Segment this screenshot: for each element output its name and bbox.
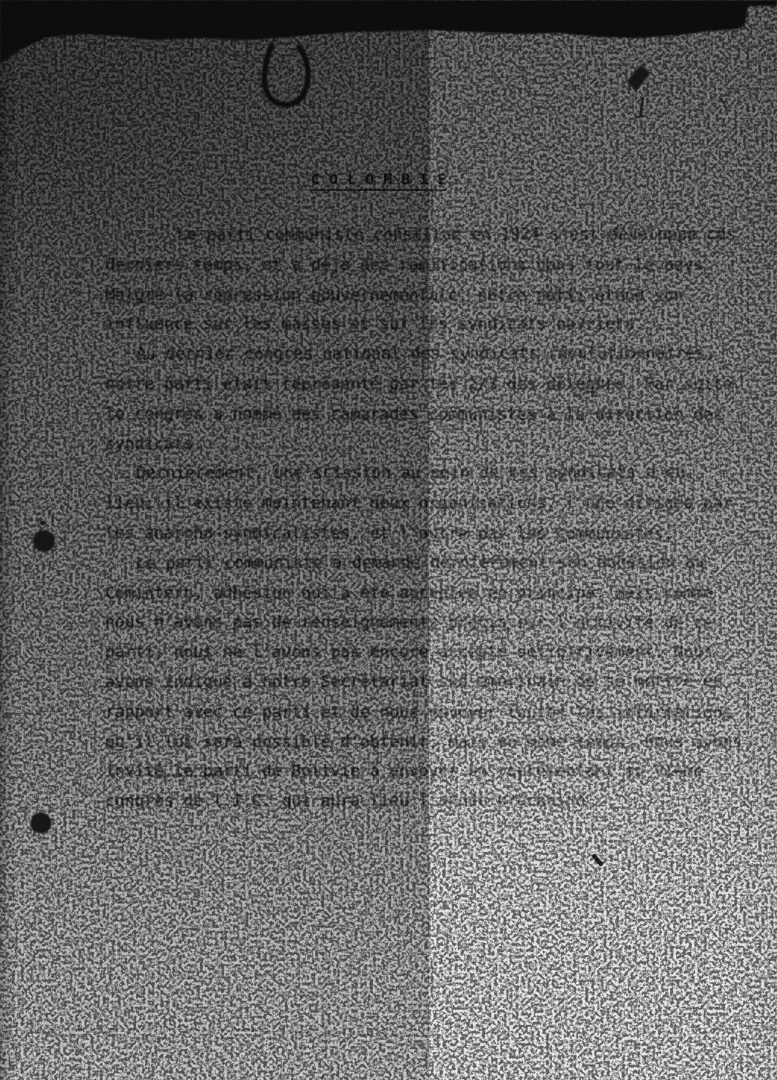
underline-mark <box>100 302 196 304</box>
text-line: nous n'avons pas de renseignements préci… <box>105 607 770 638</box>
text-line: parti, nous ne l'avons pas encore accept… <box>105 637 770 667</box>
underline-mark <box>467 629 511 631</box>
text-line: Malgré la répression gouvernementale, no… <box>105 280 770 311</box>
document-title: C O L O M B I E <box>311 172 446 191</box>
paragraph: Dernièrement, une scission au sein de ce… <box>105 458 770 547</box>
stray-mark <box>88 620 95 622</box>
text-line: congrès de l'I.C. qui aura lieu l'année … <box>105 785 770 816</box>
document-body: Le parti communiste constitué en 1924 s'… <box>105 220 770 816</box>
text-line: qu'il lui sera possible d'obtenir; mais … <box>105 727 770 757</box>
text-line: rapport avec ce parti et de nous envoyer… <box>105 697 770 728</box>
text-line: Comintern, adhésion qui a été acceptée e… <box>105 578 770 608</box>
text-line: influence sur les masses et sur les synd… <box>105 309 770 339</box>
text-line: syndicats. <box>105 429 770 459</box>
paragraph: Au dernier congrès national des syndicat… <box>105 339 770 458</box>
page-number-handwritten: 1 <box>633 93 651 127</box>
text-line: invité le parti de Bolivie à envoyer un … <box>105 756 770 786</box>
underline-mark <box>150 775 214 777</box>
text-line: le congrès a nommé des camarades communi… <box>105 399 770 430</box>
text-line: Le parti communiste a demandé dernièreme… <box>105 547 770 578</box>
text-line: Au dernier congrès national des syndicat… <box>105 338 770 369</box>
text-line: Dernièrement, une scission au sein de ce… <box>105 458 770 489</box>
underline-mark <box>186 447 398 449</box>
text-line: les anarcho-syndicalistes, et l'autre pa… <box>105 518 770 549</box>
text-line: Le parti communiste constitué en 1924 s'… <box>105 219 770 250</box>
scanned-page: C O L O M B I E Le parti communiste cons… <box>0 0 777 1080</box>
paragraph: Le parti communiste constitué en 1924 s'… <box>105 220 770 339</box>
text-line: notre parti était représenté par les 2/3… <box>105 369 770 399</box>
text-line: lieu; il existe maintenant deux organisa… <box>105 488 770 518</box>
text-line: avons indiqué à notre Secrétariat sud-am… <box>105 666 770 697</box>
text-line: derniers temps, et a déjà des ramificati… <box>105 250 770 280</box>
